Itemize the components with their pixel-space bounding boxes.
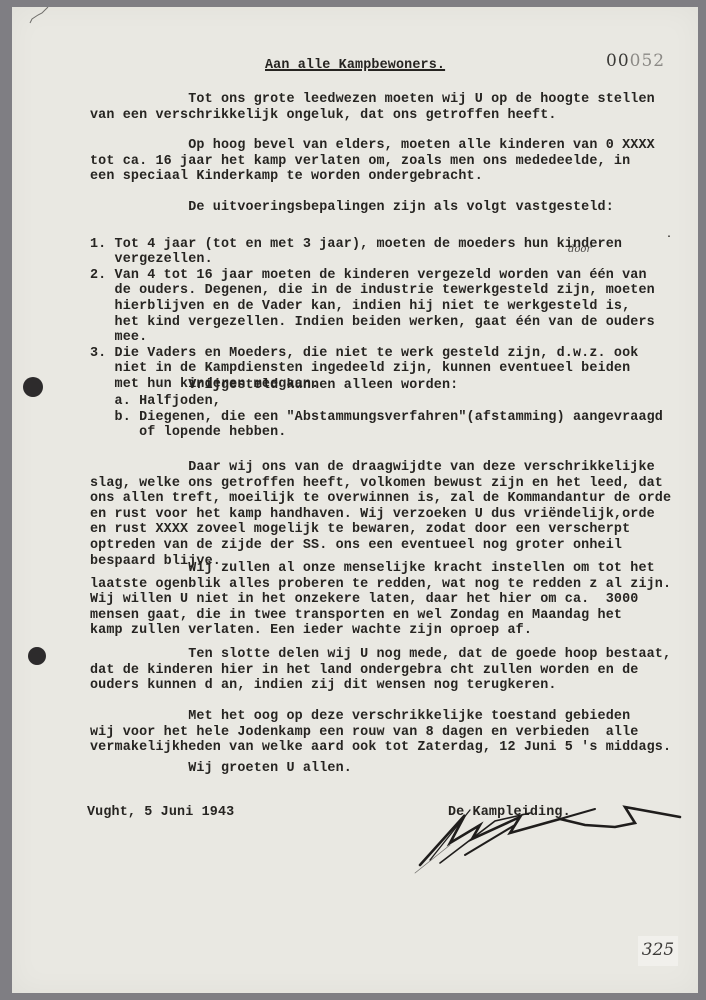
list-item: a. Halfjoden,	[90, 394, 663, 410]
paragraph-1: Tot ons grote leedwezen moeten wij U op …	[90, 92, 655, 123]
paragraph-3: De uitvoeringsbepalingen zijn als volgt …	[90, 200, 614, 216]
folio-number: 325	[638, 936, 678, 966]
paragraph-5: Wij zullen al onze menselijke kracht ins…	[90, 561, 671, 639]
list-item: mee.	[90, 330, 655, 346]
paragraph-8: Wij groeten U allen.	[90, 761, 352, 777]
paragraph-6: Ten slotte delen wij U nog mede, dat de …	[90, 647, 671, 694]
list-item: hierblijven en de Vader kan, indien hij …	[90, 299, 655, 315]
paragraph-2: Op hoog bevel van elders, moeten alle ki…	[90, 138, 655, 185]
list-item: b. Diegenen, die een "Abstammungsverfahr…	[90, 410, 663, 426]
handwritten-correction: door	[568, 244, 591, 255]
paper-crack	[20, 7, 50, 27]
list-item: 3. Die Vaders en Moeders, die niet te we…	[90, 346, 655, 362]
lettered-list: a. Halfjoden, b. Diegenen, die een "Abst…	[90, 394, 663, 441]
handwritten-signature	[410, 795, 700, 875]
paragraph-7: Met het oog op deze verschrikkelijke toe…	[90, 709, 671, 756]
list-item: niet in de Kampdiensten ingedeeld zijn, …	[90, 361, 655, 377]
place-date: Vught, 5 Juni 1943	[87, 805, 234, 821]
paragraph-4: Daar wij ons van de draagwijdte van deze…	[90, 460, 671, 569]
punch-hole-top	[23, 377, 43, 397]
archive-stamp-number: 00052	[606, 51, 665, 71]
list-item: de ouders. Degenen, die in de industrie …	[90, 283, 655, 299]
list-item: of lopende hebben.	[90, 425, 663, 441]
punch-hole-bottom	[28, 647, 46, 665]
list-item: 2. Van 4 tot 16 jaar moeten de kinderen …	[90, 268, 655, 284]
list-item: het kind vergezellen. Indien beiden werk…	[90, 315, 655, 331]
exempt-heading: Vrijgesteld kunnen alleen worden:	[90, 378, 458, 394]
document-title: Aan alle Kampbewoners.	[265, 58, 445, 74]
stray-mark: .	[666, 228, 672, 244]
